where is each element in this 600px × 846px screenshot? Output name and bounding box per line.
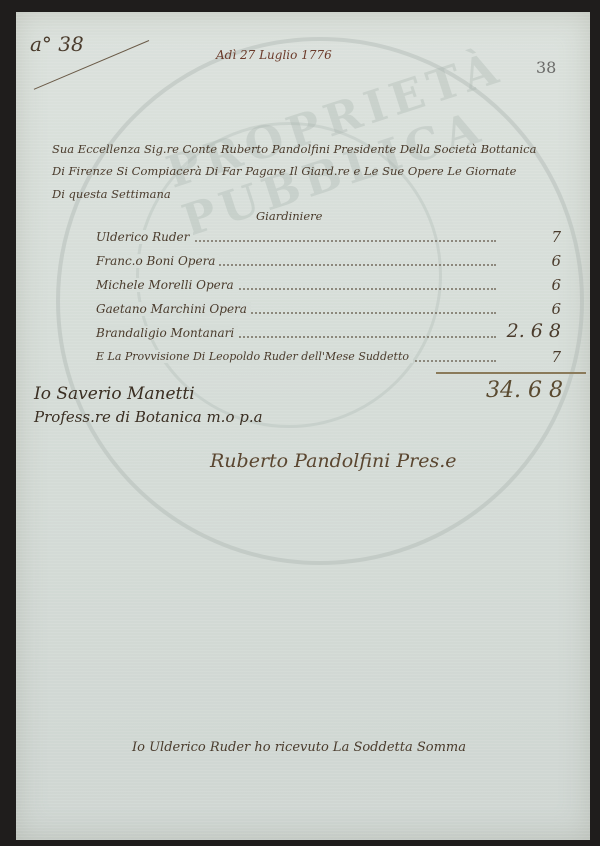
intro-line-3: Di questa Settimana (52, 187, 171, 201)
entry-name: E La Provvisione Di Leopoldo Ruder dell'… (96, 350, 413, 363)
entry-name: Brandaligio Montanari (96, 326, 238, 340)
approval-line-1: Io Saverio Manetti (34, 384, 195, 404)
approval-line-2: Profess.re di Botanica m.o p.a (34, 408, 263, 426)
intro-line-2: Di Firenze Si Compiacerà Di Far Pagare I… (52, 164, 516, 178)
entry-amount: 6 (551, 252, 561, 270)
date-line: Adì 27 Luglio 1776 (216, 48, 332, 62)
section-heading: Giardiniere (256, 209, 322, 223)
total-rule (436, 372, 586, 374)
signature: Ruberto Pandolfini Pres.e (210, 450, 457, 472)
folio-number-right: 38 (536, 58, 556, 77)
entry-amount: 6 (551, 276, 561, 294)
entry-row: Ulderico Ruder 7 (96, 230, 566, 250)
entry-row: Brandaligio Montanari 2. 6 8 (96, 326, 566, 346)
entry-name: Michele Morelli Opera (96, 278, 238, 292)
entry-amount: 7 (551, 348, 561, 366)
entry-name: Franc.o Boni Opera (96, 254, 219, 268)
folio-number-left: a° 38 (30, 32, 84, 56)
receipt-line: Io Ulderico Ruder ho ricevuto La Soddett… (132, 740, 466, 755)
entry-amount: 2. 6 8 (507, 320, 561, 342)
total-amount: 34. 6 8 (486, 378, 563, 403)
entry-row: E La Provvisione Di Leopoldo Ruder dell'… (96, 350, 566, 370)
entry-row: Franc.o Boni Opera 6 (96, 254, 566, 274)
intro-line-1: Sua Eccellenza Sig.re Conte Ruberto Pand… (52, 142, 536, 156)
entry-name: Gaetano Marchini Opera (96, 302, 251, 316)
entry-name: Ulderico Ruder (96, 230, 193, 244)
manuscript-page: PROPRIETÀ PUBBLICA a° 38 38 Adì 27 Lugli… (16, 12, 590, 840)
entry-amount: 6 (551, 300, 561, 318)
entry-row: Gaetano Marchini Opera 6 (96, 302, 566, 322)
entry-row: Michele Morelli Opera 6 (96, 278, 566, 298)
entry-amount: 7 (551, 228, 561, 246)
